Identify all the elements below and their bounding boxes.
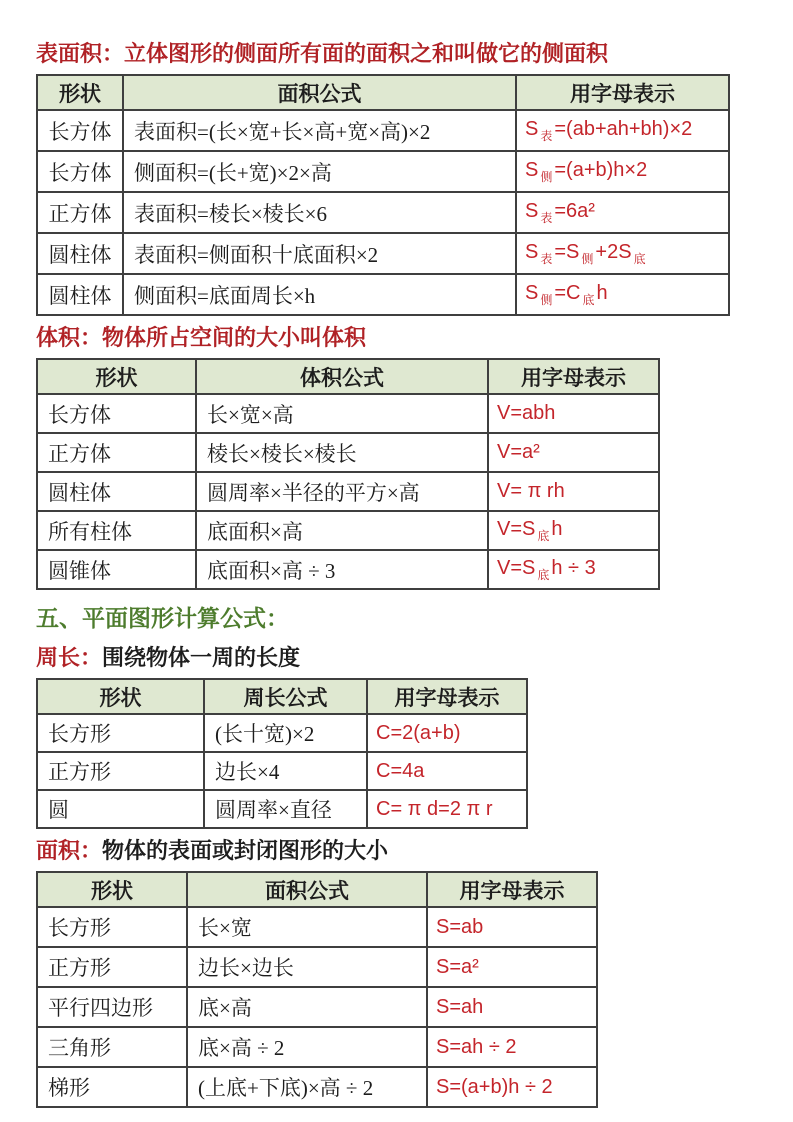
column-header: 周长公式: [204, 679, 367, 714]
shape-cell: 所有柱体: [37, 511, 196, 550]
letter-formula-cell: V=S底h ÷ 3: [488, 550, 659, 589]
table-row: 长方体长×宽×高V=abh: [37, 394, 659, 433]
volume-table: 形状体积公式用字母表示 长方体长×宽×高V=abh正方体棱长×棱长×棱长V=a²…: [36, 358, 660, 590]
shape-cell: 圆柱体: [37, 274, 123, 315]
formula-cell: 底面积×高 ÷ 3: [196, 550, 488, 589]
shape-cell: 正方形: [37, 947, 187, 987]
formula-cell: 侧面积=底面周长×h: [123, 274, 516, 315]
letter-formula-cell: S侧=C底h: [516, 274, 729, 315]
table-row: 正方形边长×边长S=a²: [37, 947, 597, 987]
volume-heading-label: 体积：: [36, 325, 102, 350]
perimeter-table: 形状周长公式用字母表示 长方形(长十宽)×2C=2(a+b)正方形边长×4C=4…: [36, 678, 528, 829]
area-heading-text: 物体的表面或封闭图形的大小: [102, 838, 388, 863]
letter-formula-cell: S=ah ÷ 2: [427, 1027, 597, 1067]
letter-formula-cell: S表=(ab+ah+bh)×2: [516, 110, 729, 151]
column-header: 用字母表示: [427, 872, 597, 907]
shape-cell: 平行四边形: [37, 987, 187, 1027]
perimeter-heading-label: 周长：: [36, 645, 102, 670]
column-header: 用字母表示: [516, 75, 729, 110]
formula-cell: 表面积=侧面积十底面积×2: [123, 233, 516, 274]
volume-table-header-row: 形状体积公式用字母表示: [37, 359, 659, 394]
shape-cell: 长方体: [37, 151, 123, 192]
table-row: 正方形边长×4C=4a: [37, 752, 527, 790]
shape-cell: 圆锥体: [37, 550, 196, 589]
shape-cell: 三角形: [37, 1027, 187, 1067]
surface-area-table: 形状面积公式用字母表示 长方体表面积=(长×宽+长×高+宽×高)×2S表=(ab…: [36, 74, 730, 316]
letter-formula-cell: S=a²: [427, 947, 597, 987]
surface-area-table-header-row: 形状面积公式用字母表示: [37, 75, 729, 110]
table-row: 圆柱体表面积=侧面积十底面积×2S表=S侧+2S底: [37, 233, 729, 274]
formula-cell: 底面积×高: [196, 511, 488, 550]
table-row: 圆圆周率×直径C= π d=2 π r: [37, 790, 527, 828]
formula-cell: 侧面积=(长+宽)×2×高: [123, 151, 516, 192]
surface-area-heading: 表面积：立体图形的侧面所有面的面积之和叫做它的侧面积: [36, 40, 793, 68]
formula-cell: (长十宽)×2: [204, 714, 367, 752]
column-header: 形状: [37, 872, 187, 907]
shape-cell: 长方形: [37, 714, 204, 752]
formula-cell: 表面积=棱长×棱长×6: [123, 192, 516, 233]
letter-formula-cell: S=ab: [427, 907, 597, 947]
perimeter-heading-text: 围绕物体一周的长度: [102, 645, 300, 670]
letter-formula-cell: S侧=(a+b)h×2: [516, 151, 729, 192]
surface-area-heading-text: 立体图形的侧面所有面的面积之和叫做它的侧面积: [124, 41, 608, 66]
table-row: 长方体侧面积=(长+宽)×2×高S侧=(a+b)h×2: [37, 151, 729, 192]
column-header: 形状: [37, 75, 123, 110]
table-row: 三角形底×高 ÷ 2S=ah ÷ 2: [37, 1027, 597, 1067]
letter-formula-cell: C=4a: [367, 752, 527, 790]
area-table-header-row: 形状面积公式用字母表示: [37, 872, 597, 907]
plane-figures-section-heading: 五、平面图形计算公式：: [36, 604, 793, 634]
letter-formula-cell: S表=6a²: [516, 192, 729, 233]
formula-cell: 底×高 ÷ 2: [187, 1027, 427, 1067]
table-row: 圆锥体底面积×高 ÷ 3V=S底h ÷ 3: [37, 550, 659, 589]
column-header: 用字母表示: [488, 359, 659, 394]
shape-cell: 正方形: [37, 752, 204, 790]
shape-cell: 圆柱体: [37, 472, 196, 511]
area-table: 形状面积公式用字母表示 长方形长×宽S=ab正方形边长×边长S=a²平行四边形底…: [36, 871, 598, 1108]
table-row: 梯形(上底+下底)×高 ÷ 2S=(a+b)h ÷ 2: [37, 1067, 597, 1107]
formula-cell: 底×高: [187, 987, 427, 1027]
table-row: 圆柱体圆周率×半径的平方×高V= π rh: [37, 472, 659, 511]
volume-heading: 体积：物体所占空间的大小叫体积: [36, 324, 793, 352]
document-page: 表面积：立体图形的侧面所有面的面积之和叫做它的侧面积 形状面积公式用字母表示 长…: [0, 0, 793, 1108]
table-row: 圆柱体侧面积=底面周长×hS侧=C底h: [37, 274, 729, 315]
shape-cell: 梯形: [37, 1067, 187, 1107]
shape-cell: 圆柱体: [37, 233, 123, 274]
perimeter-heading: 周长：围绕物体一周的长度: [36, 644, 793, 672]
letter-formula-cell: V=S底h: [488, 511, 659, 550]
area-heading-label: 面积：: [36, 838, 102, 863]
formula-cell: 圆周率×半径的平方×高: [196, 472, 488, 511]
shape-cell: 正方体: [37, 192, 123, 233]
letter-formula-cell: S=(a+b)h ÷ 2: [427, 1067, 597, 1107]
table-row: 长方形(长十宽)×2C=2(a+b): [37, 714, 527, 752]
table-row: 所有柱体底面积×高V=S底h: [37, 511, 659, 550]
letter-formula-cell: V=abh: [488, 394, 659, 433]
surface-area-heading-label: 表面积：: [36, 41, 124, 66]
table-row: 长方体表面积=(长×宽+长×高+宽×高)×2S表=(ab+ah+bh)×2: [37, 110, 729, 151]
letter-formula-cell: V= π rh: [488, 472, 659, 511]
letter-formula-cell: S=ah: [427, 987, 597, 1027]
letter-formula-cell: C=2(a+b): [367, 714, 527, 752]
formula-cell: 圆周率×直径: [204, 790, 367, 828]
column-header: 面积公式: [187, 872, 427, 907]
formula-cell: (上底+下底)×高 ÷ 2: [187, 1067, 427, 1107]
table-row: 正方体棱长×棱长×棱长V=a²: [37, 433, 659, 472]
letter-formula-cell: V=a²: [488, 433, 659, 472]
table-row: 正方体表面积=棱长×棱长×6S表=6a²: [37, 192, 729, 233]
formula-cell: 边长×边长: [187, 947, 427, 987]
shape-cell: 正方体: [37, 433, 196, 472]
volume-heading-text: 物体所占空间的大小叫体积: [102, 325, 366, 350]
shape-cell: 长方体: [37, 110, 123, 151]
column-header: 面积公式: [123, 75, 516, 110]
shape-cell: 圆: [37, 790, 204, 828]
formula-cell: 长×宽×高: [196, 394, 488, 433]
letter-formula-cell: C= π d=2 π r: [367, 790, 527, 828]
formula-cell: 长×宽: [187, 907, 427, 947]
column-header: 体积公式: [196, 359, 488, 394]
area-heading: 面积：物体的表面或封闭图形的大小: [36, 837, 793, 865]
shape-cell: 长方体: [37, 394, 196, 433]
shape-cell: 长方形: [37, 907, 187, 947]
column-header: 形状: [37, 679, 204, 714]
formula-cell: 棱长×棱长×棱长: [196, 433, 488, 472]
formula-cell: 表面积=(长×宽+长×高+宽×高)×2: [123, 110, 516, 151]
letter-formula-cell: S表=S侧+2S底: [516, 233, 729, 274]
perimeter-table-header-row: 形状周长公式用字母表示: [37, 679, 527, 714]
table-row: 长方形长×宽S=ab: [37, 907, 597, 947]
table-row: 平行四边形底×高S=ah: [37, 987, 597, 1027]
column-header: 形状: [37, 359, 196, 394]
formula-cell: 边长×4: [204, 752, 367, 790]
column-header: 用字母表示: [367, 679, 527, 714]
